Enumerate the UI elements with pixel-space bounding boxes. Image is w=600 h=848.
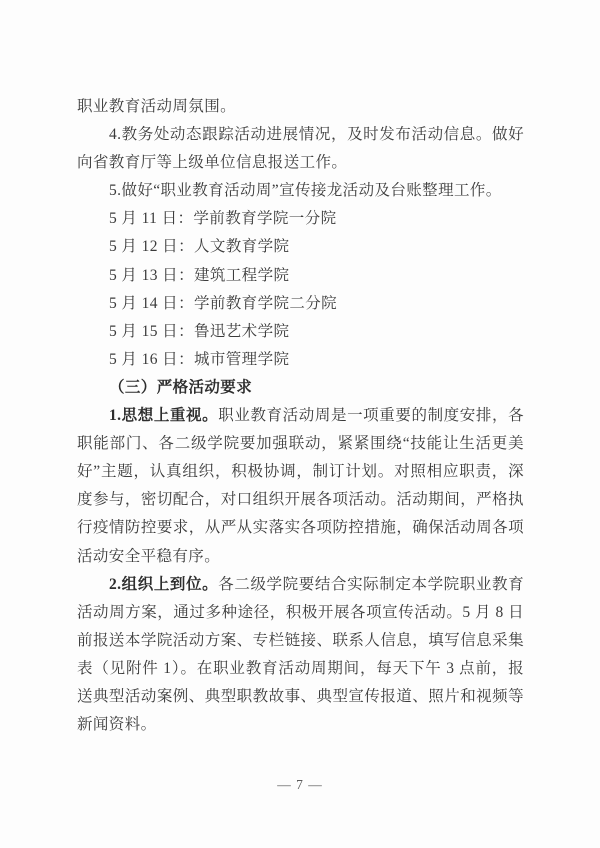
schedule-line-2: 5 月 12 日：人文教育学院	[77, 233, 524, 261]
requirement-1-lead: 1.思想上重视。	[109, 407, 218, 424]
paragraph-continuation: 职业教育活动周氛围。	[77, 93, 524, 121]
section-heading: （三）严格活动要求	[77, 374, 524, 402]
paragraph-task-5: 5.做好“职业教育活动周”宣传接龙活动及台账整理工作。	[77, 177, 524, 205]
document-body: 职业教育活动周氛围。 4.教务处动态跟踪活动进展情况，及时发布活动信息。做好向省…	[77, 93, 524, 739]
schedule-line-1: 5 月 11 日：学前教育学院一分院	[77, 205, 524, 233]
document-page: 职业教育活动周氛围。 4.教务处动态跟踪活动进展情况，及时发布活动信息。做好向省…	[0, 0, 600, 848]
requirement-2-body: 各二级学院要结合实际制定本学院职业教育活动周方案，通过多种途径，积极开展各项宣传…	[77, 576, 524, 733]
schedule-line-3: 5 月 13 日：建筑工程学院	[77, 262, 524, 290]
schedule-line-5: 5 月 15 日：鲁迅艺术学院	[77, 318, 524, 346]
paragraph-requirement-2: 2.组织上到位。各二级学院要结合实际制定本学院职业教育活动周方案，通过多种途径，…	[77, 571, 524, 740]
requirement-1-body: 职业教育活动周是一项重要的制度安排，各职能部门、各二级学院要加强联动，紧紧围绕“…	[77, 407, 524, 564]
requirement-2-lead: 2.组织上到位。	[109, 576, 218, 593]
schedule-line-4: 5 月 14 日：学前教育学院二分院	[77, 290, 524, 318]
paragraph-requirement-1: 1.思想上重视。职业教育活动周是一项重要的制度安排，各职能部门、各二级学院要加强…	[77, 402, 524, 571]
paragraph-task-4: 4.教务处动态跟踪活动进展情况，及时发布活动信息。做好向省教育厅等上级单位信息报…	[77, 121, 524, 177]
page-number: — 7 —	[0, 777, 600, 793]
schedule-line-6: 5 月 16 日：城市管理学院	[77, 346, 524, 374]
